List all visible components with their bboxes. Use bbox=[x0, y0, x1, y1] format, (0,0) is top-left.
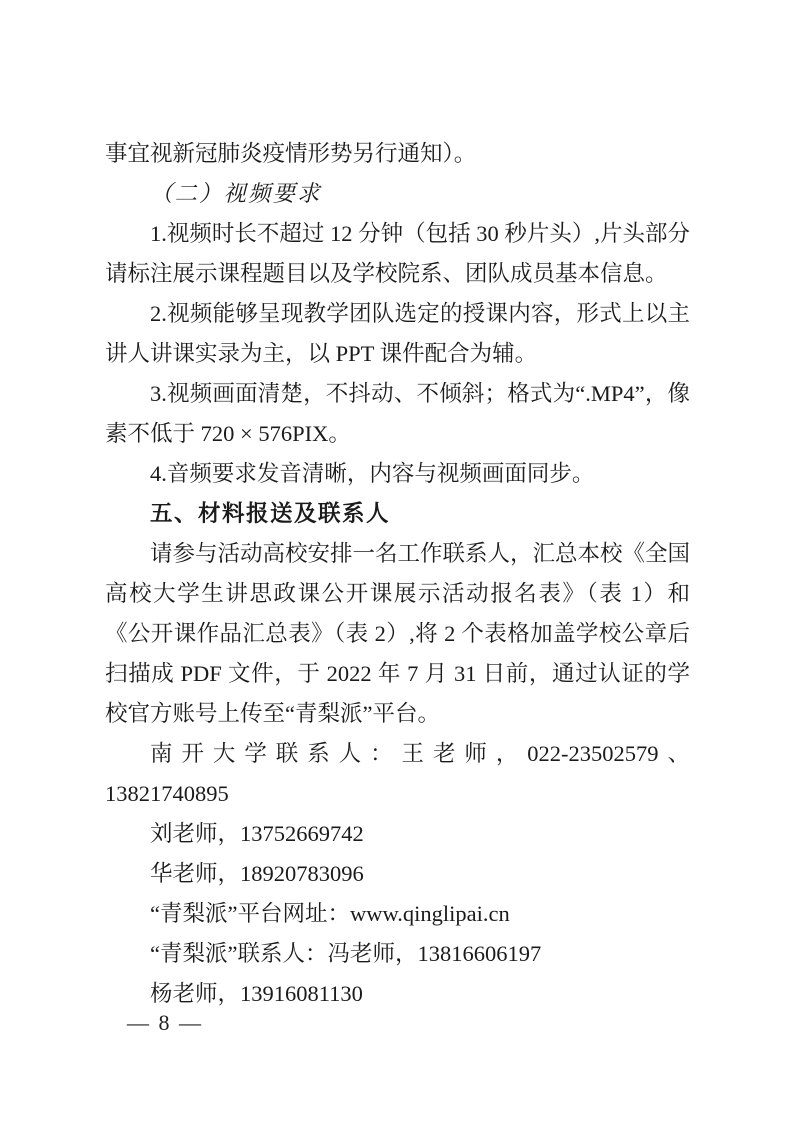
contact-line-qinglipai-contact: “青梨派”联系人：冯老师，13816606197 bbox=[105, 934, 690, 974]
section-heading-materials-submission: 五、材料报送及联系人 bbox=[105, 494, 690, 534]
document-body: 事宜视新冠肺炎疫情形势另行通知）。 （二）视频要求 1.视频时长不超过 12 分… bbox=[105, 134, 690, 1014]
document-page: 事宜视新冠肺炎疫情形势另行通知）。 （二）视频要求 1.视频时长不超过 12 分… bbox=[0, 0, 793, 1122]
paragraph-submission-instructions: 请参与活动高校安排一名工作联系人，汇总本校《全国高校大学生讲思政课公开课展示活动… bbox=[105, 534, 690, 734]
contact-line-teacher-hua: 华老师，18920783096 bbox=[105, 854, 690, 894]
contact-line-qinglipai-website: “青梨派”平台网址：www.qinglipai.cn bbox=[105, 894, 690, 934]
subsection-heading-video-requirements: （二）视频要求 bbox=[105, 174, 690, 214]
page-number: — 8 — bbox=[127, 1010, 203, 1035]
page-footer: — 8 — bbox=[127, 1005, 203, 1041]
contact-line-teacher-liu: 刘老师，13752669742 bbox=[105, 814, 690, 854]
item-3-video-format: 3.视频画面清楚，不抖动、不倾斜；格式为“.MP4”，像素不低于 720 × 5… bbox=[105, 374, 690, 454]
paragraph-continuation-notice: 事宜视新冠肺炎疫情形势另行通知）。 bbox=[105, 134, 690, 174]
contact-line-nankai-university: 南开大学联系人：王老师，022-23502579、13821740895 bbox=[105, 734, 690, 814]
item-4-audio-requirements: 4.音频要求发音清晰，内容与视频画面同步。 bbox=[105, 454, 690, 494]
item-1-video-duration: 1.视频时长不超过 12 分钟（包括 30 秒片头）,片头部分请标注展示课程题目… bbox=[105, 214, 690, 294]
item-2-video-content: 2.视频能够呈现教学团队选定的授课内容，形式上以主讲人讲课实录为主，以 PPT … bbox=[105, 294, 690, 374]
